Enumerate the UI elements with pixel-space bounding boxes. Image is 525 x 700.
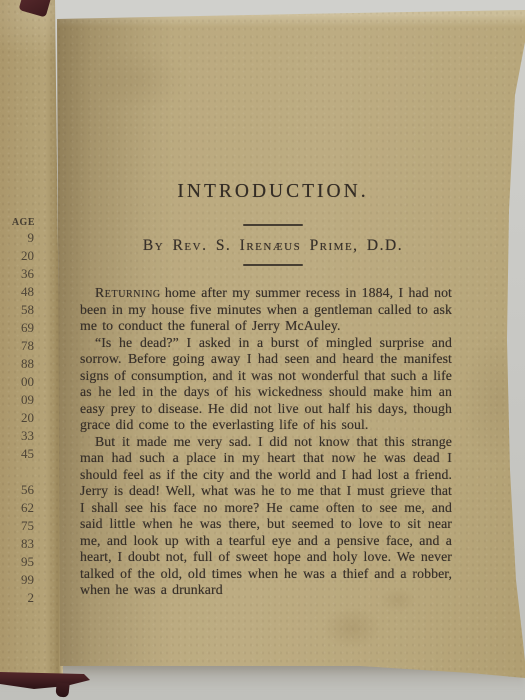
paragraph-text: But it made me very sad. I did not know … [80,434,452,598]
paragraph-lead: Returning [95,285,161,300]
contents-page-number: 95 [0,553,36,571]
contents-page-number: 2 [0,589,36,607]
contents-page-number: 75 [0,517,36,535]
contents-page-numbers: 9 20 36 48 58 69 78 88 00 09 20 33 [0,229,36,607]
paragraph: “Is he dead?” I asked in a burst of ming… [80,335,452,434]
contents-page-number: 62 [0,499,36,517]
paragraph: Returninghome after my summer recess in … [80,285,452,335]
contents-page-number: 20 [0,409,36,427]
contents-page-number: 56 [0,481,36,499]
contents-page-number: 69 [0,319,36,337]
contents-page-number: 9 [0,229,36,247]
paragraph-text: “Is he dead?” I asked in a burst of ming… [80,335,452,433]
byline: By Rev. S. Irenæus Prime, D.D. [87,237,459,255]
book-photo: AGE 9 20 36 48 58 69 78 88 00 09 [0,0,525,700]
contents-page-number: 58 [0,301,36,319]
contents-page-number: 88 [0,355,36,373]
contents-page-number: 36 [0,265,36,283]
book-cover-tab [55,682,69,697]
contents-page-number: 48 [0,283,36,301]
contents-page-number: 83 [0,535,36,553]
book-page: INTRODUCTION. By Rev. S. Irenæus Prime, … [0,0,525,700]
contents-page-number: 45 [0,445,36,463]
body-text: Returninghome after my summer recess in … [80,285,452,599]
byline-divider-rule [243,264,303,266]
contents-page-number: 33 [0,427,36,445]
chapter-heading-group: INTRODUCTION. By Rev. S. Irenæus Prime, … [87,181,459,266]
contents-page-header-fragment: AGE [0,217,35,228]
printed-text-column: INTRODUCTION. By Rev. S. Irenæus Prime, … [80,181,452,599]
contents-page-number: 99 [0,571,36,589]
contents-page-number [0,463,36,481]
contents-page-number: 09 [0,391,36,409]
previous-page-edge: AGE 9 20 36 48 58 69 78 88 00 09 [0,0,63,674]
contents-page-number: 00 [0,373,36,391]
title-divider-rule [243,224,303,226]
contents-page-number: 20 [0,247,36,265]
page-title: INTRODUCTION. [87,181,459,203]
contents-page-number: 78 [0,337,36,355]
paragraph: But it made me very sad. I did not know … [80,434,452,599]
